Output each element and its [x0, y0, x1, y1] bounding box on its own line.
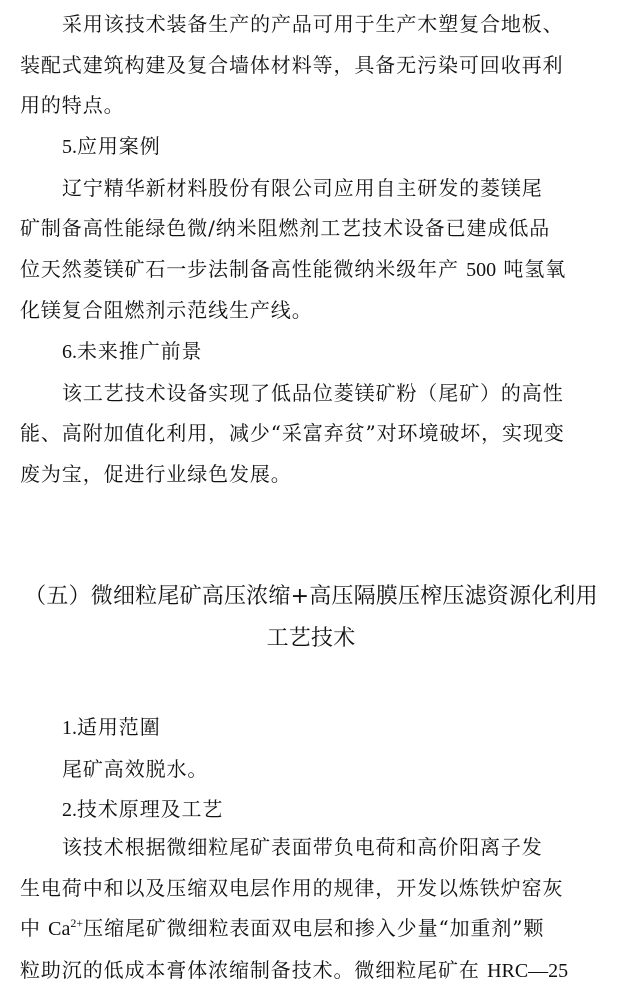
- future-outlook-heading: 6.未来推广前景: [20, 331, 606, 373]
- principle-heading: 2.技术原理及工艺: [20, 789, 606, 831]
- calcium-ion: Ca: [48, 918, 70, 940]
- heading-number: 6.: [62, 341, 77, 363]
- heading-text: 技术原理及工艺: [77, 797, 223, 821]
- scope-section: 1.适用范圍 尾矿高效脱水。 2.技术原理及工艺: [20, 707, 606, 831]
- intro-paragraph: 采用该技术装备生产的产品可用于生产木塑复合地板、 装配式建筑构建及复合墙体材料等…: [20, 4, 606, 126]
- section-title-line-2: 工艺技术: [0, 618, 622, 660]
- outlook-line-3: 废为宝，促进行业绿色发展。: [20, 454, 606, 495]
- intro-line-3: 用的特点。: [20, 85, 606, 126]
- heading-text: 适用范圍: [77, 715, 161, 739]
- section-title: （五）微细粒尾矿高压浓缩+高压隔膜压榨压滤资源化利用 工艺技术: [0, 576, 622, 660]
- case-line-3: 位天然菱镁矿石一步法制备高性能微纳米级年产 500 吨氢氧: [20, 249, 606, 291]
- heading-number: 2.: [62, 799, 77, 821]
- case-line-1: 辽宁精华新材料股份有限公司应用自主研发的菱镁尾: [20, 168, 606, 209]
- heading-number: 5.: [62, 136, 77, 158]
- case-line-2: 矿制备高性能绿色微/纳米阻燃剂工艺技术设备已建成低品: [20, 208, 606, 249]
- application-case-paragraph: 辽宁精华新材料股份有限公司应用自主研发的菱镁尾 矿制备高性能绿色微/纳米阻燃剂工…: [20, 168, 606, 331]
- principle-line-3: 中 Ca2+压缩尾矿微细粒表面双电层和掺入少量“加重剂”颗: [20, 908, 606, 950]
- outlook-line-2: 能、高附加值化利用，减少“采富弃贫”对环境破坏，实现变: [20, 413, 606, 454]
- scope-text: 尾矿高效脱水。: [20, 749, 606, 790]
- ion-charge: 2+: [70, 916, 83, 930]
- future-outlook-paragraph: 该工艺技术设备实现了低品位菱镁矿粉（尾矿）的高性 能、高附加值化利用，减少“采富…: [20, 373, 606, 495]
- heading-text: 应用案例: [77, 134, 161, 158]
- outlook-line-1: 该工艺技术设备实现了低品位菱镁矿粉（尾矿）的高性: [20, 373, 606, 414]
- principle-line-2: 生电荷中和以及压缩双电层作用的规律，开发以炼铁炉窑灰: [20, 868, 606, 909]
- future-outlook-section: 6.未来推广前景 该工艺技术设备实现了低品位菱镁矿粉（尾矿）的高性 能、高附加值…: [20, 331, 606, 494]
- principle-line-4: 粒助沉的低成本膏体浓缩制备技术。微细粒尾矿在 HRC—25: [20, 950, 606, 990]
- heading-text: 未来推广前景: [77, 339, 202, 363]
- intro-line-1: 采用该技术装备生产的产品可用于生产木塑复合地板、: [20, 4, 606, 45]
- heading-number: 1.: [62, 717, 77, 739]
- case-line-4: 化镁复合阻燃剂示范线生产线。: [20, 290, 606, 331]
- principle-paragraph: 该技术根据微细粒尾矿表面带负电荷和高价阳离子发 生电荷中和以及压缩双电层作用的规…: [20, 827, 606, 990]
- scope-heading: 1.适用范圍: [20, 707, 606, 749]
- application-case-section: 5.应用案例 辽宁精华新材料股份有限公司应用自主研发的菱镁尾 矿制备高性能绿色微…: [20, 126, 606, 331]
- section-title-line-1: （五）微细粒尾矿高压浓缩+高压隔膜压榨压滤资源化利用: [0, 576, 622, 618]
- production-quantity: 500: [466, 259, 496, 281]
- application-case-heading: 5.应用案例: [20, 126, 606, 168]
- principle-line-1: 该技术根据微细粒尾矿表面带负电荷和高价阳离子发: [20, 827, 606, 868]
- intro-line-2: 装配式建筑构建及复合墙体材料等，具备无污染可回收再利: [20, 45, 606, 86]
- equipment-model: HRC—25: [487, 960, 568, 982]
